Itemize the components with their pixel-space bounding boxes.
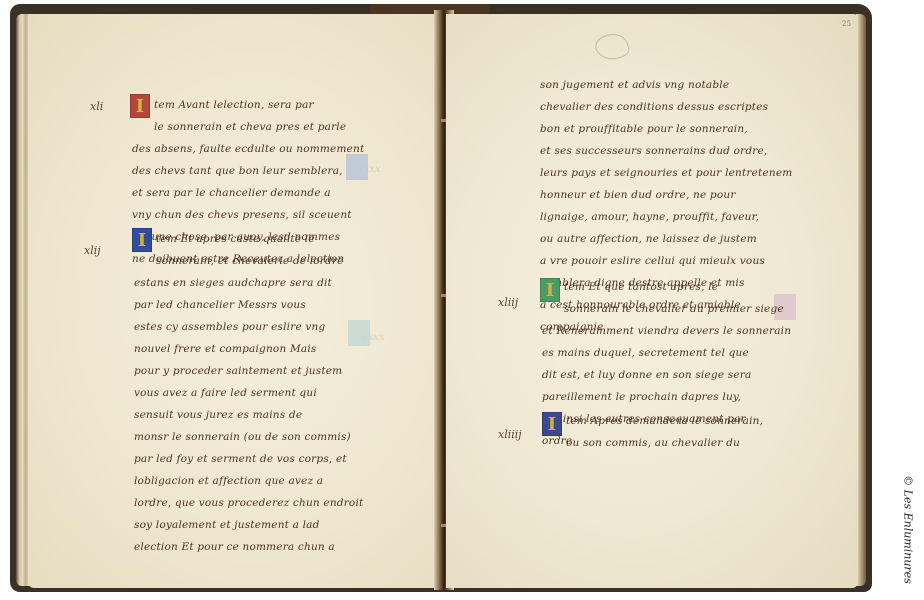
text-section-2: tem Et apres ceste qualite le sonnerain,…: [134, 228, 364, 558]
copyright-credit: © Les Enluminures: [893, 478, 913, 588]
folio-number: 25: [842, 20, 851, 28]
text-line: et ses successeurs sonnerains dud ordre,: [540, 140, 802, 162]
text-line: lignaige, amour, hayne, prouffit, faveur…: [540, 206, 802, 228]
text-line: tem Avant lelection, sera par: [132, 94, 364, 116]
margin-note: xlij: [84, 244, 101, 257]
text-line: election Et pour ce nommera chun a: [134, 536, 364, 558]
text-line: par led chancelier Messrs vous: [134, 294, 364, 316]
text-section-5: tem Apres demandera le sonnerain, ou son…: [544, 410, 804, 454]
text-line: des chevs tant que bon leur semblera,: [132, 160, 364, 182]
text-line: soy loyalement et justement a lad: [134, 514, 364, 536]
right-page: 25 son jugement et advis vng notable che…: [446, 14, 858, 588]
text-line: son jugement et advis vng notable: [540, 74, 802, 96]
text-line: ou autre affection, ne laissez de justem: [540, 228, 802, 250]
text-line: par led foy et serment de vos corps, et: [134, 448, 364, 470]
text-line: tem Et que tantost apres, le: [542, 276, 802, 298]
text-line: es mains duquel, secretement tel que: [542, 342, 802, 364]
text-line: lobligacion et affection que avez a: [134, 470, 364, 492]
margin-note: xli: [90, 100, 103, 113]
left-page: xxxx xxxx xli xlij I tem Avant lelection…: [28, 14, 442, 588]
text-line: et sera par le chancelier demande a: [132, 182, 364, 204]
text-line: vous avez a faire led serment qui: [134, 382, 364, 404]
text-line: et Reneramment viendra devers le sonnera…: [542, 320, 802, 342]
text-line: sonnerain le chevalier du premier siege: [542, 298, 802, 320]
margin-note: xliij: [498, 296, 518, 309]
margin-note: xliiij: [498, 428, 522, 441]
text-line: estans en sieges audchapre sera dit: [134, 272, 364, 294]
text-line: vny chun des chevs presens, sil sceuent: [132, 204, 364, 226]
text-line: tem Apres demandera le sonnerain,: [544, 410, 804, 432]
text-line: pareillement le prochain dapres luy,: [542, 386, 802, 408]
text-line: sonnerain, et chevalerie de lordre: [134, 250, 364, 272]
text-line: le sonnerain et cheva pres et parle: [132, 116, 364, 138]
text-line: bon et prouffitable pour le sonnerain,: [540, 118, 802, 140]
text-line: tem Et apres ceste qualite le: [134, 228, 364, 250]
text-line: ou son commis, au chevalier du: [544, 432, 804, 454]
text-line: estes cy assembles pour eslire vng: [134, 316, 364, 338]
text-line: honneur et bien dud ordre, ne pour: [540, 184, 802, 206]
text-line: des absens, faulte ecdulte ou nommement: [132, 138, 364, 160]
text-line: monsr le sonnerain (ou de son commis): [134, 426, 364, 448]
text-line: lordre, que vous procederez chun endroit: [134, 492, 364, 514]
text-line: dit est, et luy donne en son siege sera: [542, 364, 802, 386]
text-line: nouvel frere et compaignon Mais: [134, 338, 364, 360]
text-line: a vre pouoir eslire cellui qui mieulx vo…: [540, 250, 802, 272]
credit-text: © Les Enluminures: [902, 475, 915, 585]
open-manuscript: xxxx xxxx xli xlij I tem Avant lelection…: [10, 4, 872, 594]
text-line: pour y proceder saintement et justem: [134, 360, 364, 382]
text-line: chevalier des conditions dessus escripte…: [540, 96, 802, 118]
text-line: leurs pays et seignouries et pour lentre…: [540, 162, 802, 184]
pencil-mark: [593, 29, 632, 64]
text-line: sensuit vous jurez es mains de: [134, 404, 364, 426]
